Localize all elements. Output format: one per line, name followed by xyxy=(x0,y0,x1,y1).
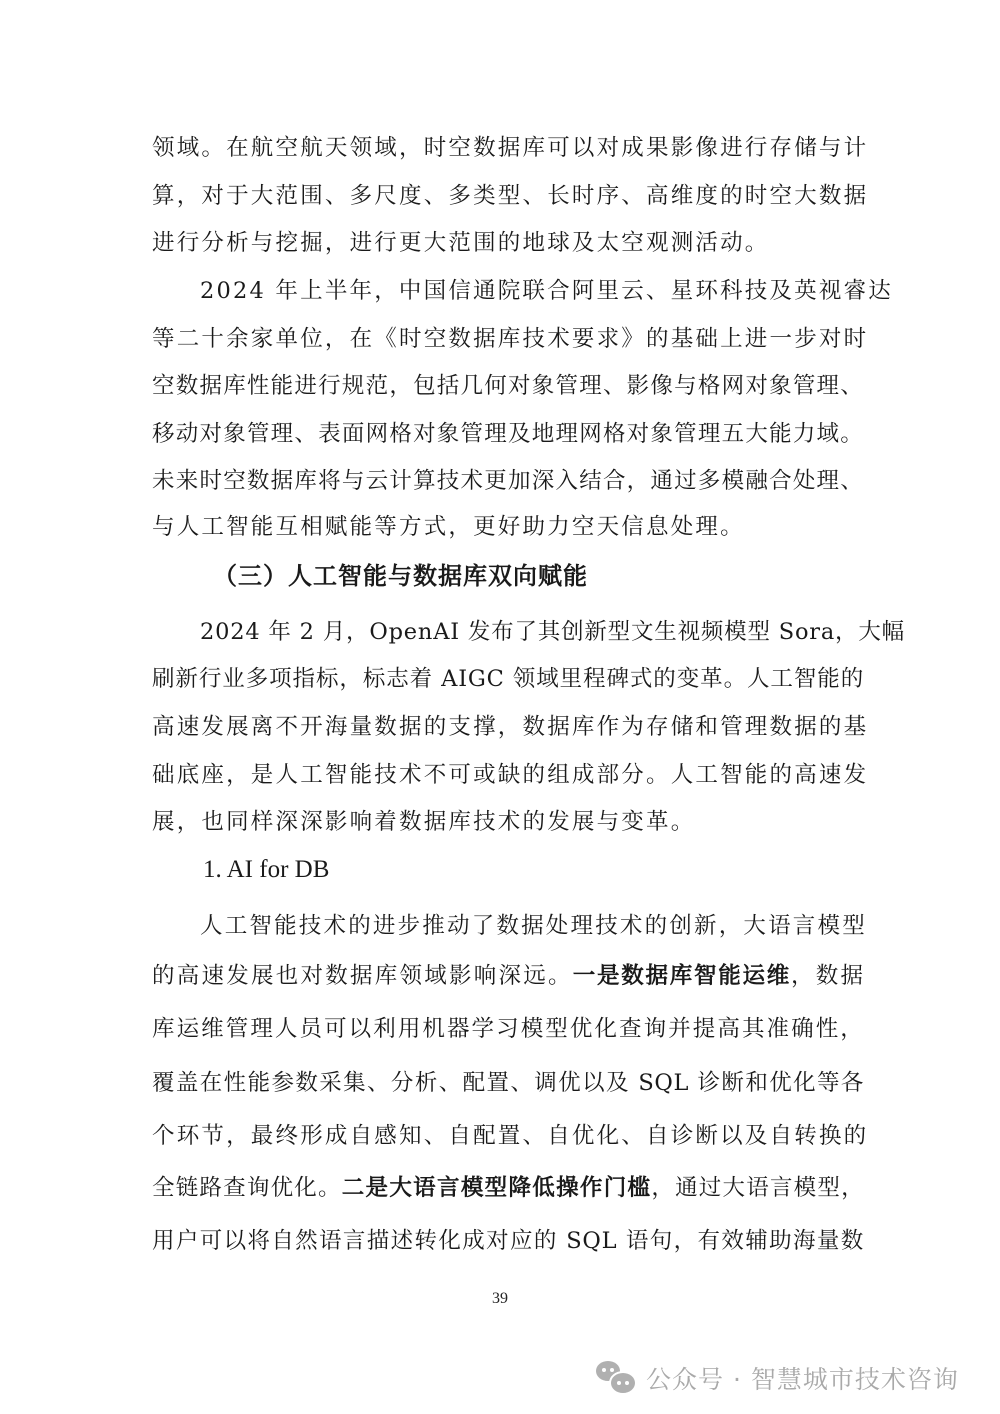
page-number: 39 xyxy=(0,1290,1000,1308)
paragraph-line: 的高速发展也对数据库领域影响深远。一是数据库智能运维，数据 xyxy=(152,961,864,991)
paragraph-line: 库运维管理人员可以利用机器学习模型优化查询并提高其准确性， xyxy=(152,1014,864,1044)
bold-emphasis: 二是大语言模型降低操作门槛 xyxy=(342,1175,652,1201)
paragraph-line: 领域。在航空航天领域，时空数据库可以对成果影像进行存储与计 xyxy=(152,133,864,163)
paragraph-line: 与人工智能互相赋能等方式，更好助力空天信息处理。 xyxy=(152,512,864,542)
paragraph-line: 空数据库性能进行规范，包括几何对象管理、影像与格网对象管理、 xyxy=(152,371,864,401)
paragraph-line: 人工智能技术的进步推动了数据处理技术的创新，大语言模型 xyxy=(200,911,864,941)
paragraph-line: 算，对于大范围、多尺度、多类型、长时序、高维度的时空大数据 xyxy=(152,181,864,211)
watermark: 公众号 · 智慧城市技术咨询 xyxy=(596,1360,959,1396)
paragraph-line: 用户可以将自然语言描述转化成对应的 SQL 语句，有效辅助海量数 xyxy=(152,1226,864,1256)
paragraph-line: 个环节，最终形成自感知、自配置、自优化、自诊断以及自转换的 xyxy=(152,1121,864,1151)
paragraph-line: 等二十余家单位，在《时空数据库技术要求》的基础上进一步对时 xyxy=(152,324,864,354)
bold-emphasis: 一是数据库智能运维 xyxy=(573,963,791,989)
paragraph-line: 展，也同样深深影响着数据库技术的发展与变革。 xyxy=(152,807,864,837)
paragraph-line: 覆盖在性能参数采集、分析、配置、调优以及 SQL 诊断和优化等各 xyxy=(152,1068,864,1098)
paragraph-line: 未来时空数据库将与云计算技术更加深入结合，通过多模融合处理、 xyxy=(152,466,864,496)
paragraph-line: 移动对象管理、表面网格对象管理及地理网格对象管理五大能力域。 xyxy=(152,419,864,449)
paragraph-line: 进行分析与挖掘，进行更大范围的地球及太空观测活动。 xyxy=(152,228,864,258)
paragraph-line: 刷新行业多项指标，标志着 AIGC 领域里程碑式的变革。人工智能的 xyxy=(152,664,864,694)
section-heading: （三）人工智能与数据库双向赋能 xyxy=(213,561,588,591)
paragraph-line: 2024 年上半年，中国信通院联合阿里云、星环科技及英视睿达 xyxy=(200,276,864,306)
wechat-icon xyxy=(596,1361,636,1395)
paragraph-line: 2024 年 2 月，OpenAI 发布了其创新型文生视频模型 Sora，大幅 xyxy=(200,617,864,647)
paragraph-line: 全链路查询优化。二是大语言模型降低操作门槛，通过大语言模型， xyxy=(152,1173,864,1203)
paragraph-line: 础底座，是人工智能技术不可或缺的组成部分。人工智能的高速发 xyxy=(152,760,864,790)
subsection-heading: 1. AI for DB xyxy=(203,855,329,885)
paragraph-line: 高速发展离不开海量数据的支撑，数据库作为存储和管理数据的基 xyxy=(152,712,864,742)
watermark-text: 公众号 · 智慧城市技术咨询 xyxy=(646,1360,959,1396)
